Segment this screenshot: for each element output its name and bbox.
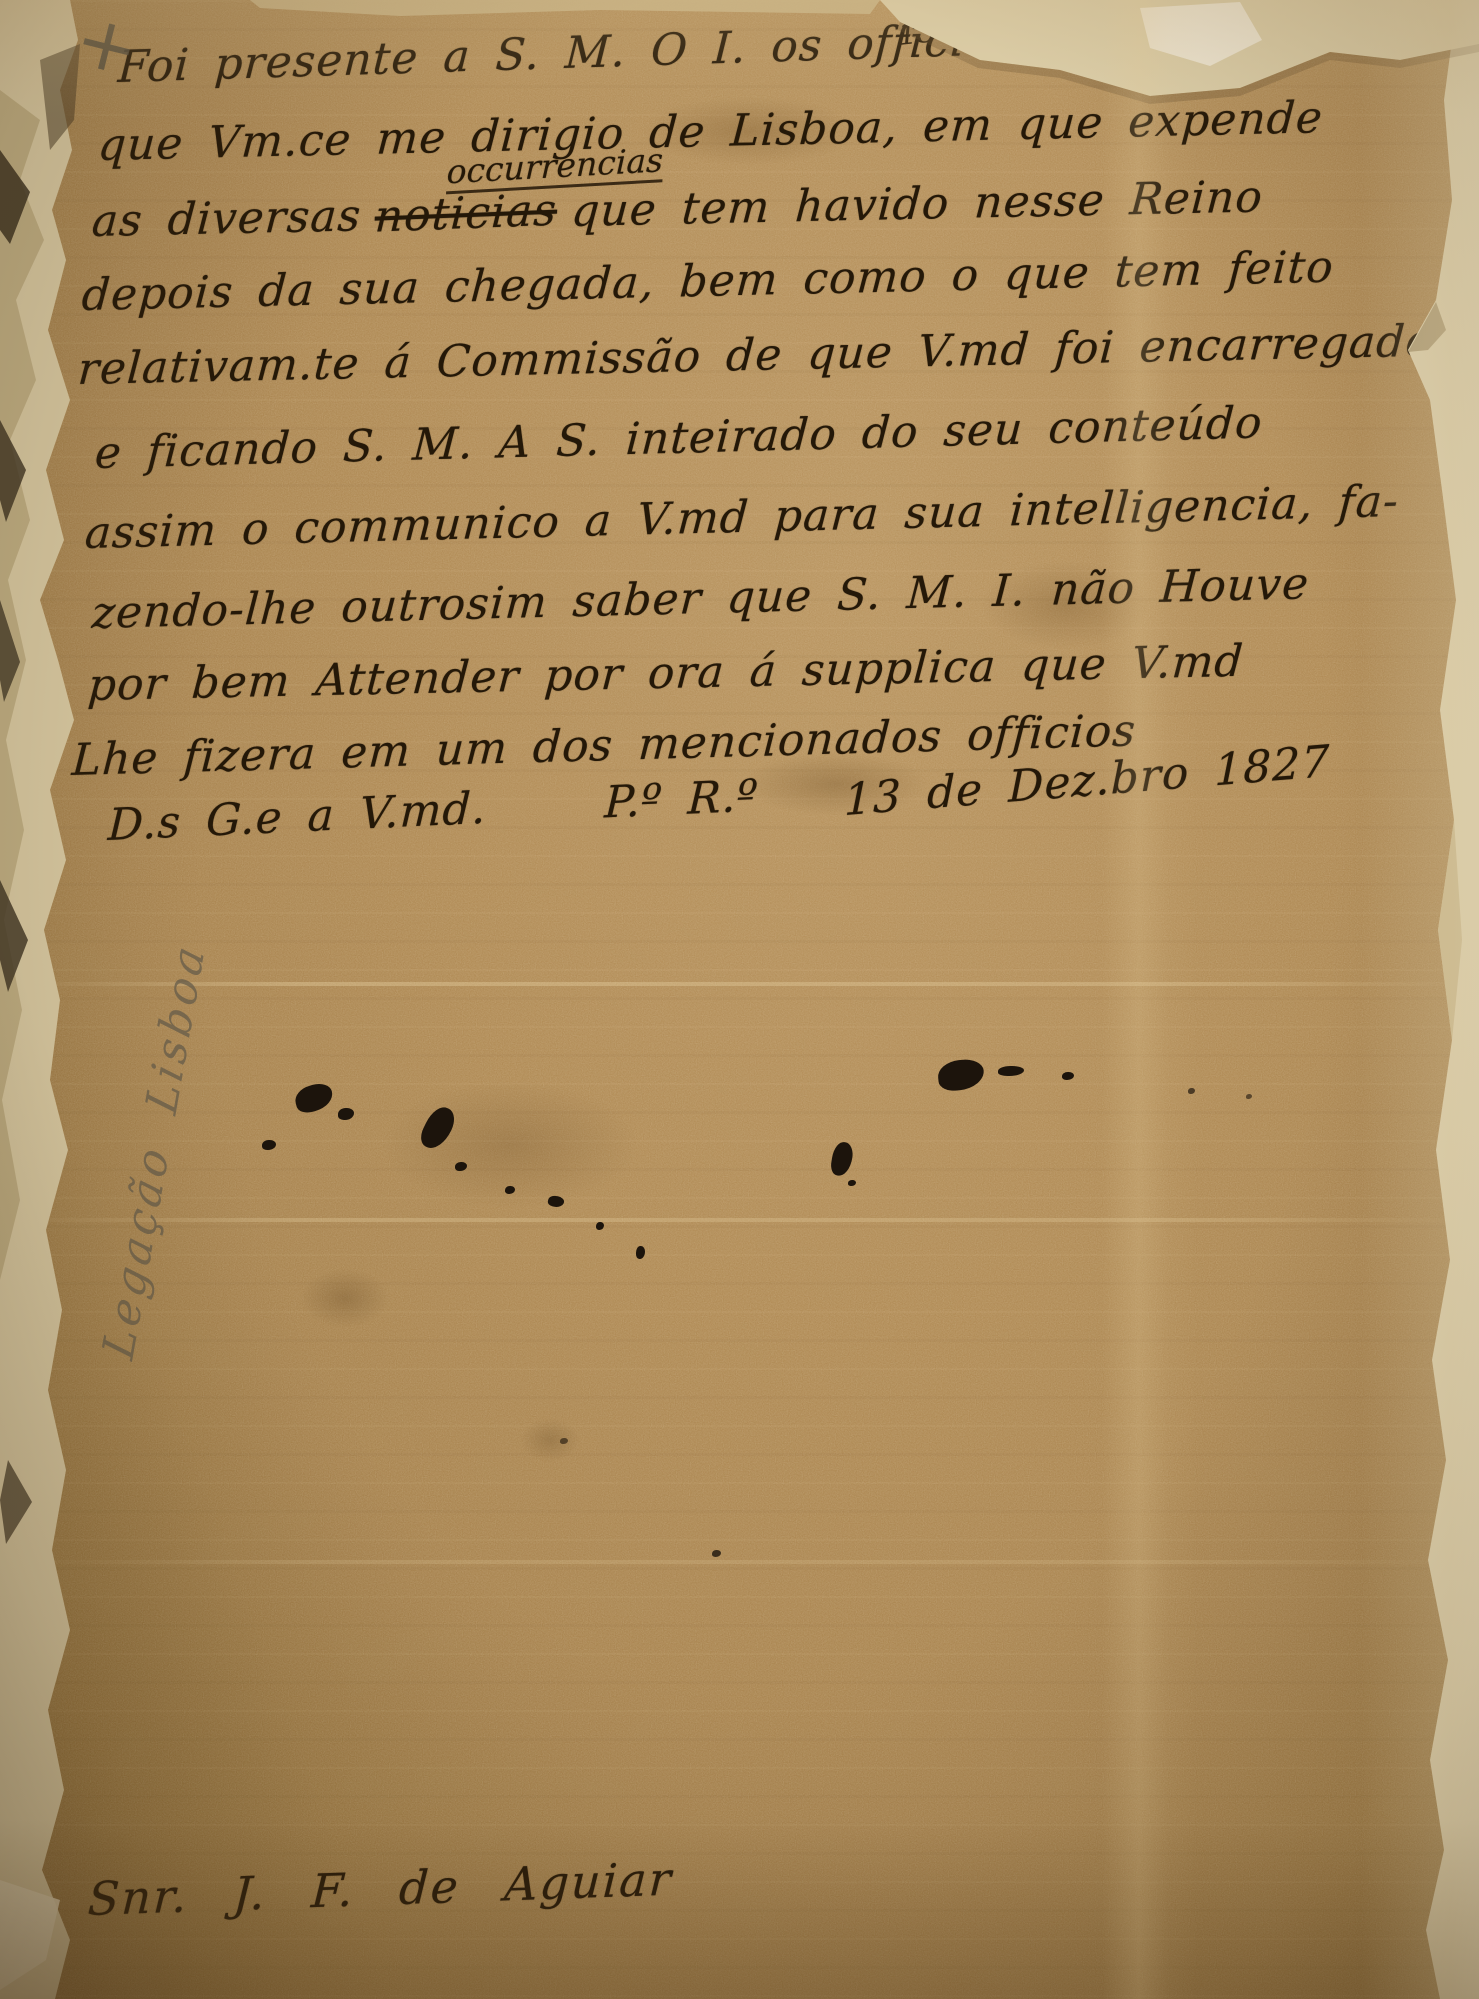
interline-number: 15: [896, 14, 938, 53]
manuscript-line-5: relativam.te á Commissão de que V.md foi…: [76, 315, 1449, 395]
ink-blot: [1246, 1094, 1252, 1099]
ink-blot: [547, 1194, 565, 1208]
manuscript-line-2: que Vm.ce me dirigio de Lisboa, em que e…: [96, 92, 1324, 171]
ink-blot: [560, 1438, 568, 1444]
pencil-annotation: Legação Lisboa: [93, 937, 215, 1365]
ink-blot: [937, 1058, 986, 1093]
paper-crease: [0, 982, 1479, 986]
paper-crease: [0, 1560, 1479, 1564]
ink-blot: [262, 1140, 276, 1150]
ink-blot: [829, 1141, 854, 1178]
manuscript-page: Foi presente a S. M. O I. os officios de…: [0, 0, 1479, 1999]
paper-crease: [0, 1218, 1479, 1222]
manuscript-line-4: depois da sua chegada, bem como o que te…: [80, 242, 1335, 321]
ink-blot: [417, 1103, 460, 1154]
manuscript-line-9: por bem Attender por ora á supplica que …: [86, 636, 1245, 711]
ink-blot: [998, 1066, 1024, 1076]
torn-edge-right: [1408, 0, 1479, 1999]
line-3-prefix: as diversas: [90, 190, 363, 247]
torn-edge-left: [0, 0, 78, 1999]
ink-blot: [505, 1186, 515, 1194]
ink-blot: [1188, 1088, 1195, 1094]
ink-blot: [1062, 1072, 1074, 1080]
ink-blot: [455, 1162, 467, 1171]
manuscript-line-8: zendo-lhe outrosim saber que S. M. I. nã…: [90, 558, 1310, 639]
ink-blot: [596, 1222, 604, 1230]
ink-blot: [338, 1108, 354, 1120]
addressee-line: Snr. J. F. de Aguiar: [87, 1852, 675, 1927]
ink-stain: [300, 1268, 390, 1328]
line-3-suffix: que tem havido nesse Reino: [570, 171, 1265, 237]
place-abbreviation: P.º R.º: [603, 770, 759, 828]
closing-formula: D.s G.e a V.md.: [107, 783, 488, 851]
ink-blot: [636, 1246, 645, 1259]
struck-word: noticias: [374, 185, 559, 243]
manuscript-line-6: e ficando S. M. A S. inteirado do seu co…: [93, 397, 1264, 479]
ink-blot: [848, 1180, 856, 1186]
manuscript-line-3: as diversasnoticiasque tem havido nesse …: [90, 171, 1264, 247]
ink-blot: [712, 1550, 721, 1557]
ink-stain: [520, 1418, 580, 1462]
manuscript-line-1: Foi presente a S. M. O I. os officios de…: [117, 4, 1336, 93]
manuscript-line-7: assim o communico a V.md para sua intell…: [83, 476, 1400, 559]
ink-blot: [292, 1081, 335, 1116]
